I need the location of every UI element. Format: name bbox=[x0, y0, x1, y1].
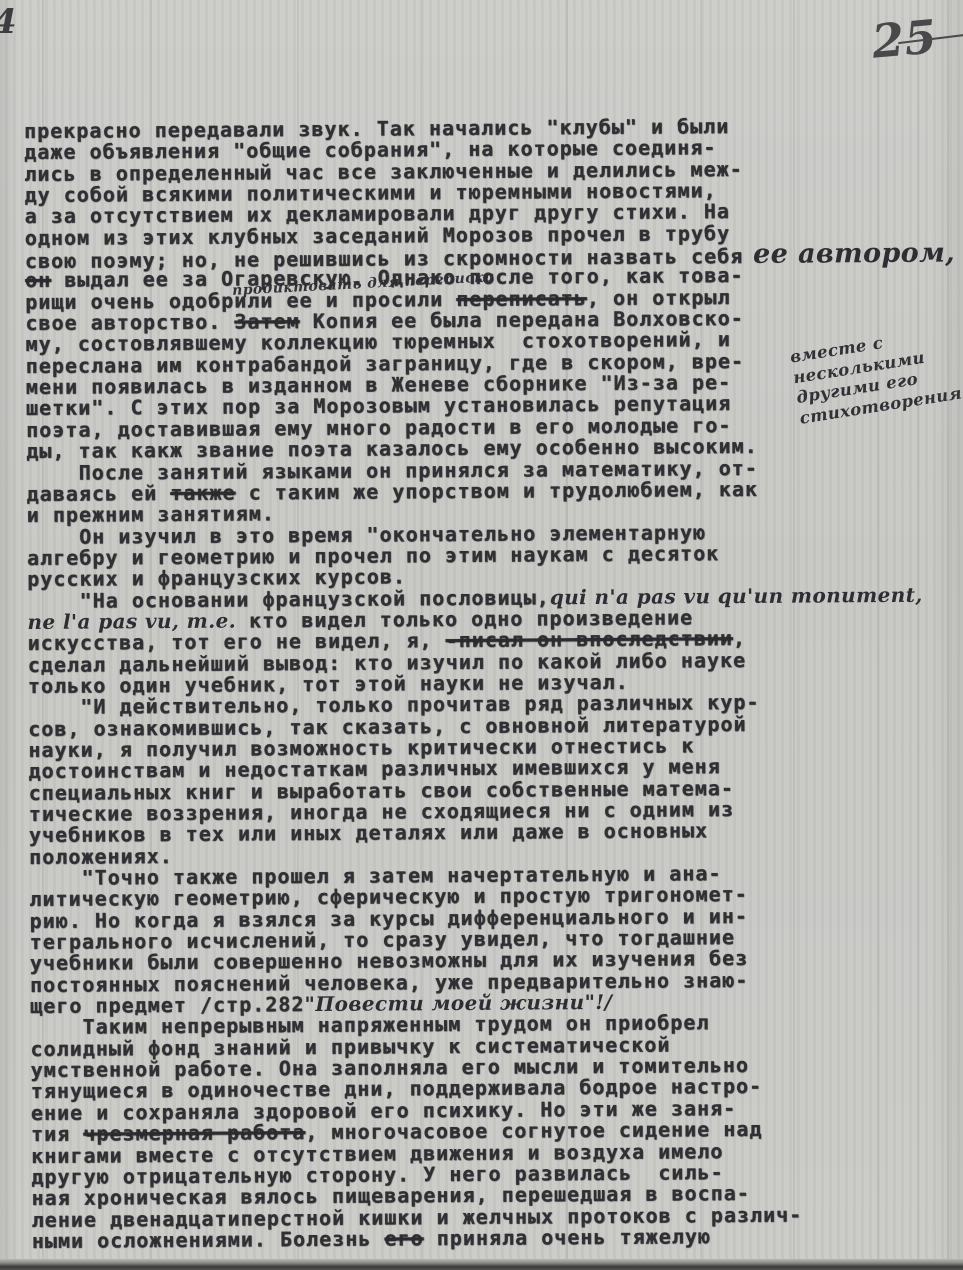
typed-segment: приняла очень тяжелую bbox=[424, 1224, 712, 1250]
page-bottom-edge bbox=[0, 1259, 963, 1270]
scanned-page: 4 25 продиктовать для переписки вместе с… bbox=[0, 0, 963, 1270]
typed-segment: ными осложнениями. Болезнь bbox=[32, 1226, 385, 1252]
typed-text: прекрасно передавали звук. Так начались … bbox=[24, 115, 962, 1253]
handwritten-segment: ее автором, bbox=[743, 238, 955, 270]
struck-segment: его bbox=[384, 1226, 423, 1250]
typed-segment: с таким же упорством и трудолюбием, как bbox=[235, 477, 758, 505]
typed-line: ными осложнениями. Болезнь его приняла о… bbox=[32, 1224, 962, 1252]
corner-mark: 4 bbox=[0, 2, 17, 42]
